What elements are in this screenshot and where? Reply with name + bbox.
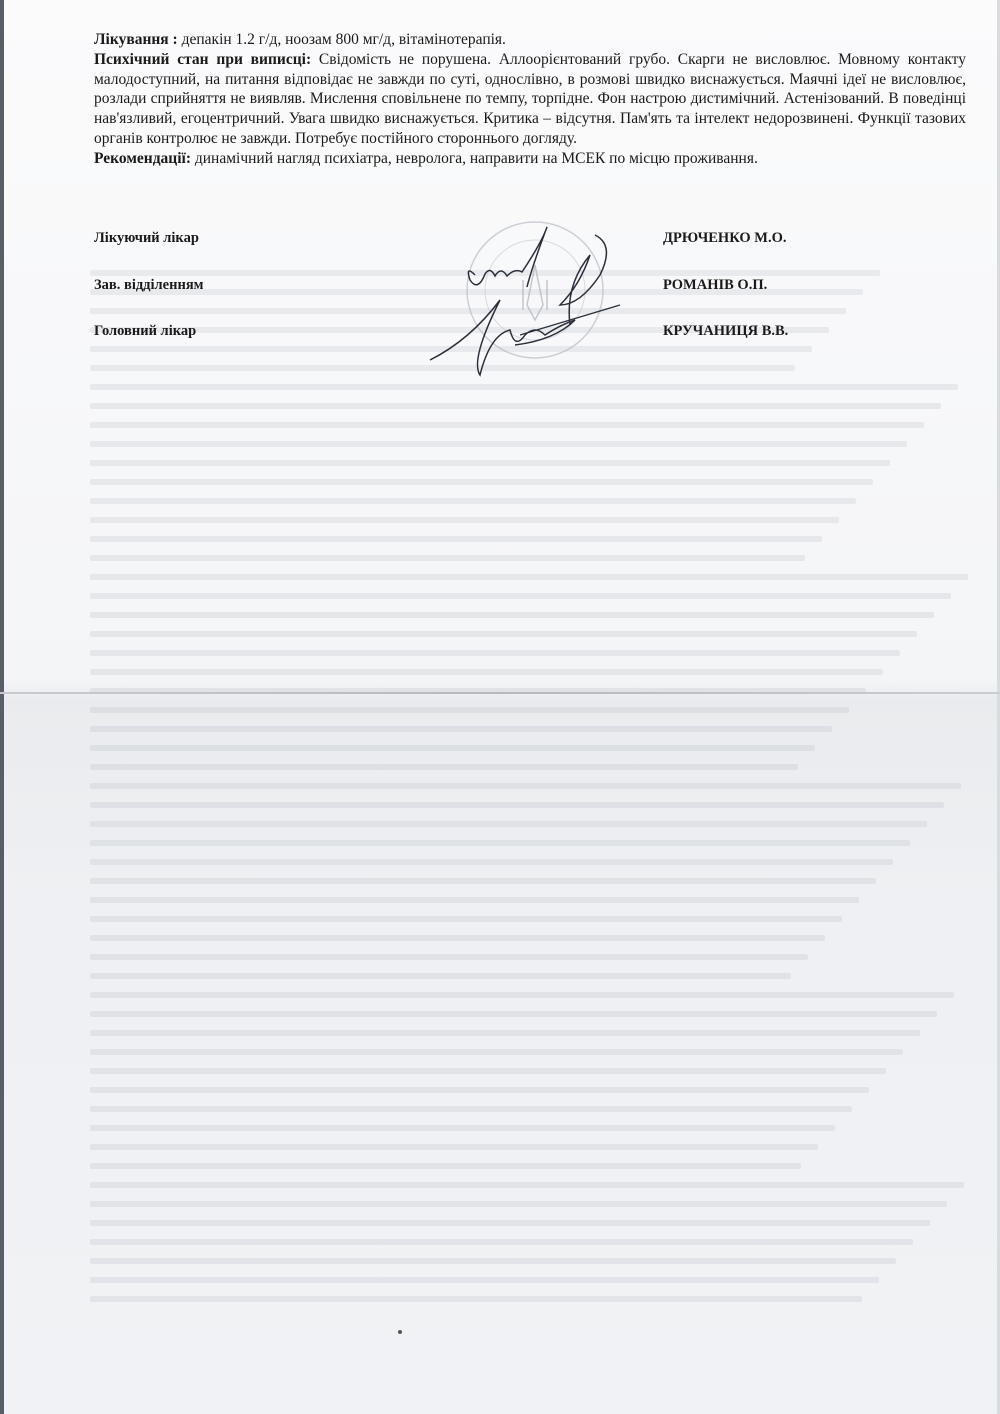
bleed-through-line [90, 878, 876, 884]
fold-line [0, 692, 1000, 694]
treatment-label: Лікування : [94, 31, 178, 48]
signature-name: ДРЮЧЕНКО М.О. [663, 230, 786, 247]
bleed-through-line [90, 479, 873, 485]
bleed-through-line [90, 1277, 879, 1283]
bleed-through-line [90, 1201, 947, 1207]
bleed-through-line [90, 422, 924, 428]
bleed-through-line [90, 593, 951, 599]
recommendations-text: динамічний нагляд психіатра, невролога, … [191, 150, 758, 167]
bleed-through-line [90, 1087, 869, 1093]
bleed-through-line [90, 764, 798, 770]
bleed-through-line [90, 821, 927, 827]
discharge-summary-text: Лікування : депакін 1.2 г/д, ноозам 800 … [94, 30, 966, 169]
bleed-through-line [90, 954, 808, 960]
bleed-through-line [90, 707, 849, 713]
signature-row: Зав. відділенням РОМАНІВ О.П. [94, 277, 974, 299]
signature-role: Лікуючий лікар [94, 230, 199, 247]
bleed-through-line [90, 935, 825, 941]
bleed-through-line [90, 1239, 913, 1245]
bleed-through-line [90, 555, 805, 561]
bleed-through-line [90, 631, 917, 637]
bleed-through-line [90, 1106, 852, 1112]
bleed-through-line [90, 1163, 801, 1169]
scan-edge [0, 0, 4, 1414]
mental-state-label: Психічний стан при виписці: [94, 51, 311, 68]
bleed-through-line [90, 1125, 835, 1131]
signature-role: Зав. відділенням [94, 277, 204, 294]
bleed-through-line [90, 441, 907, 447]
bleed-through-line [90, 1068, 886, 1074]
bleed-through-line [90, 1258, 896, 1264]
bleed-through-line [90, 1296, 862, 1302]
bleed-through-line [90, 669, 883, 675]
treatment-paragraph: Лікування : депакін 1.2 г/д, ноозам 800 … [94, 30, 966, 50]
bleed-through-line [90, 574, 968, 580]
bleed-through-line [90, 973, 791, 979]
bleed-through-line [90, 1220, 930, 1226]
bleed-through-line [90, 612, 934, 618]
bleed-through-line [90, 1011, 937, 1017]
scanned-page: Лікування : депакін 1.2 г/д, ноозам 800 … [0, 0, 1000, 1414]
scan-speck [398, 1330, 402, 1334]
bleed-through-line [90, 859, 893, 865]
bleed-through-line [90, 403, 941, 409]
bleed-through-line [90, 745, 815, 751]
bleed-through-line [90, 498, 856, 504]
signature-name: КРУЧАНИЦЯ В.В. [663, 323, 788, 340]
bleed-through-line [90, 916, 842, 922]
signature-name: РОМАНІВ О.П. [663, 277, 767, 294]
recommendations-label: Рекомендації: [94, 150, 191, 167]
bleed-through-line [90, 802, 944, 808]
bleed-through-line [90, 1030, 920, 1036]
bleed-through-line [90, 1182, 964, 1188]
bleed-through-line [90, 517, 839, 523]
bleed-through-line [90, 460, 890, 466]
mental-state-paragraph: Психічний стан при виписці: Свідомість н… [94, 50, 966, 149]
bleed-through-line [90, 1049, 903, 1055]
bleed-through-line [90, 992, 954, 998]
recommendations-paragraph: Рекомендації: динамічний нагляд психіатр… [94, 149, 966, 169]
signature-row: Лікуючий лікар ДРЮЧЕНКО М.О. [94, 230, 974, 252]
bleed-through-line [90, 840, 910, 846]
bleed-through-line [90, 726, 832, 732]
bleed-through-line [90, 897, 859, 903]
bleed-through-line [90, 783, 961, 789]
signature-role: Головний лікар [94, 323, 196, 340]
bleed-through-line [90, 536, 822, 542]
signature-row: Головний лікар КРУЧАНИЦЯ В.В. [94, 323, 974, 345]
bleed-through-line [90, 1144, 818, 1150]
treatment-text: депакін 1.2 г/д, ноозам 800 мг/д, вітамі… [178, 31, 506, 48]
bleed-through-line [90, 650, 900, 656]
